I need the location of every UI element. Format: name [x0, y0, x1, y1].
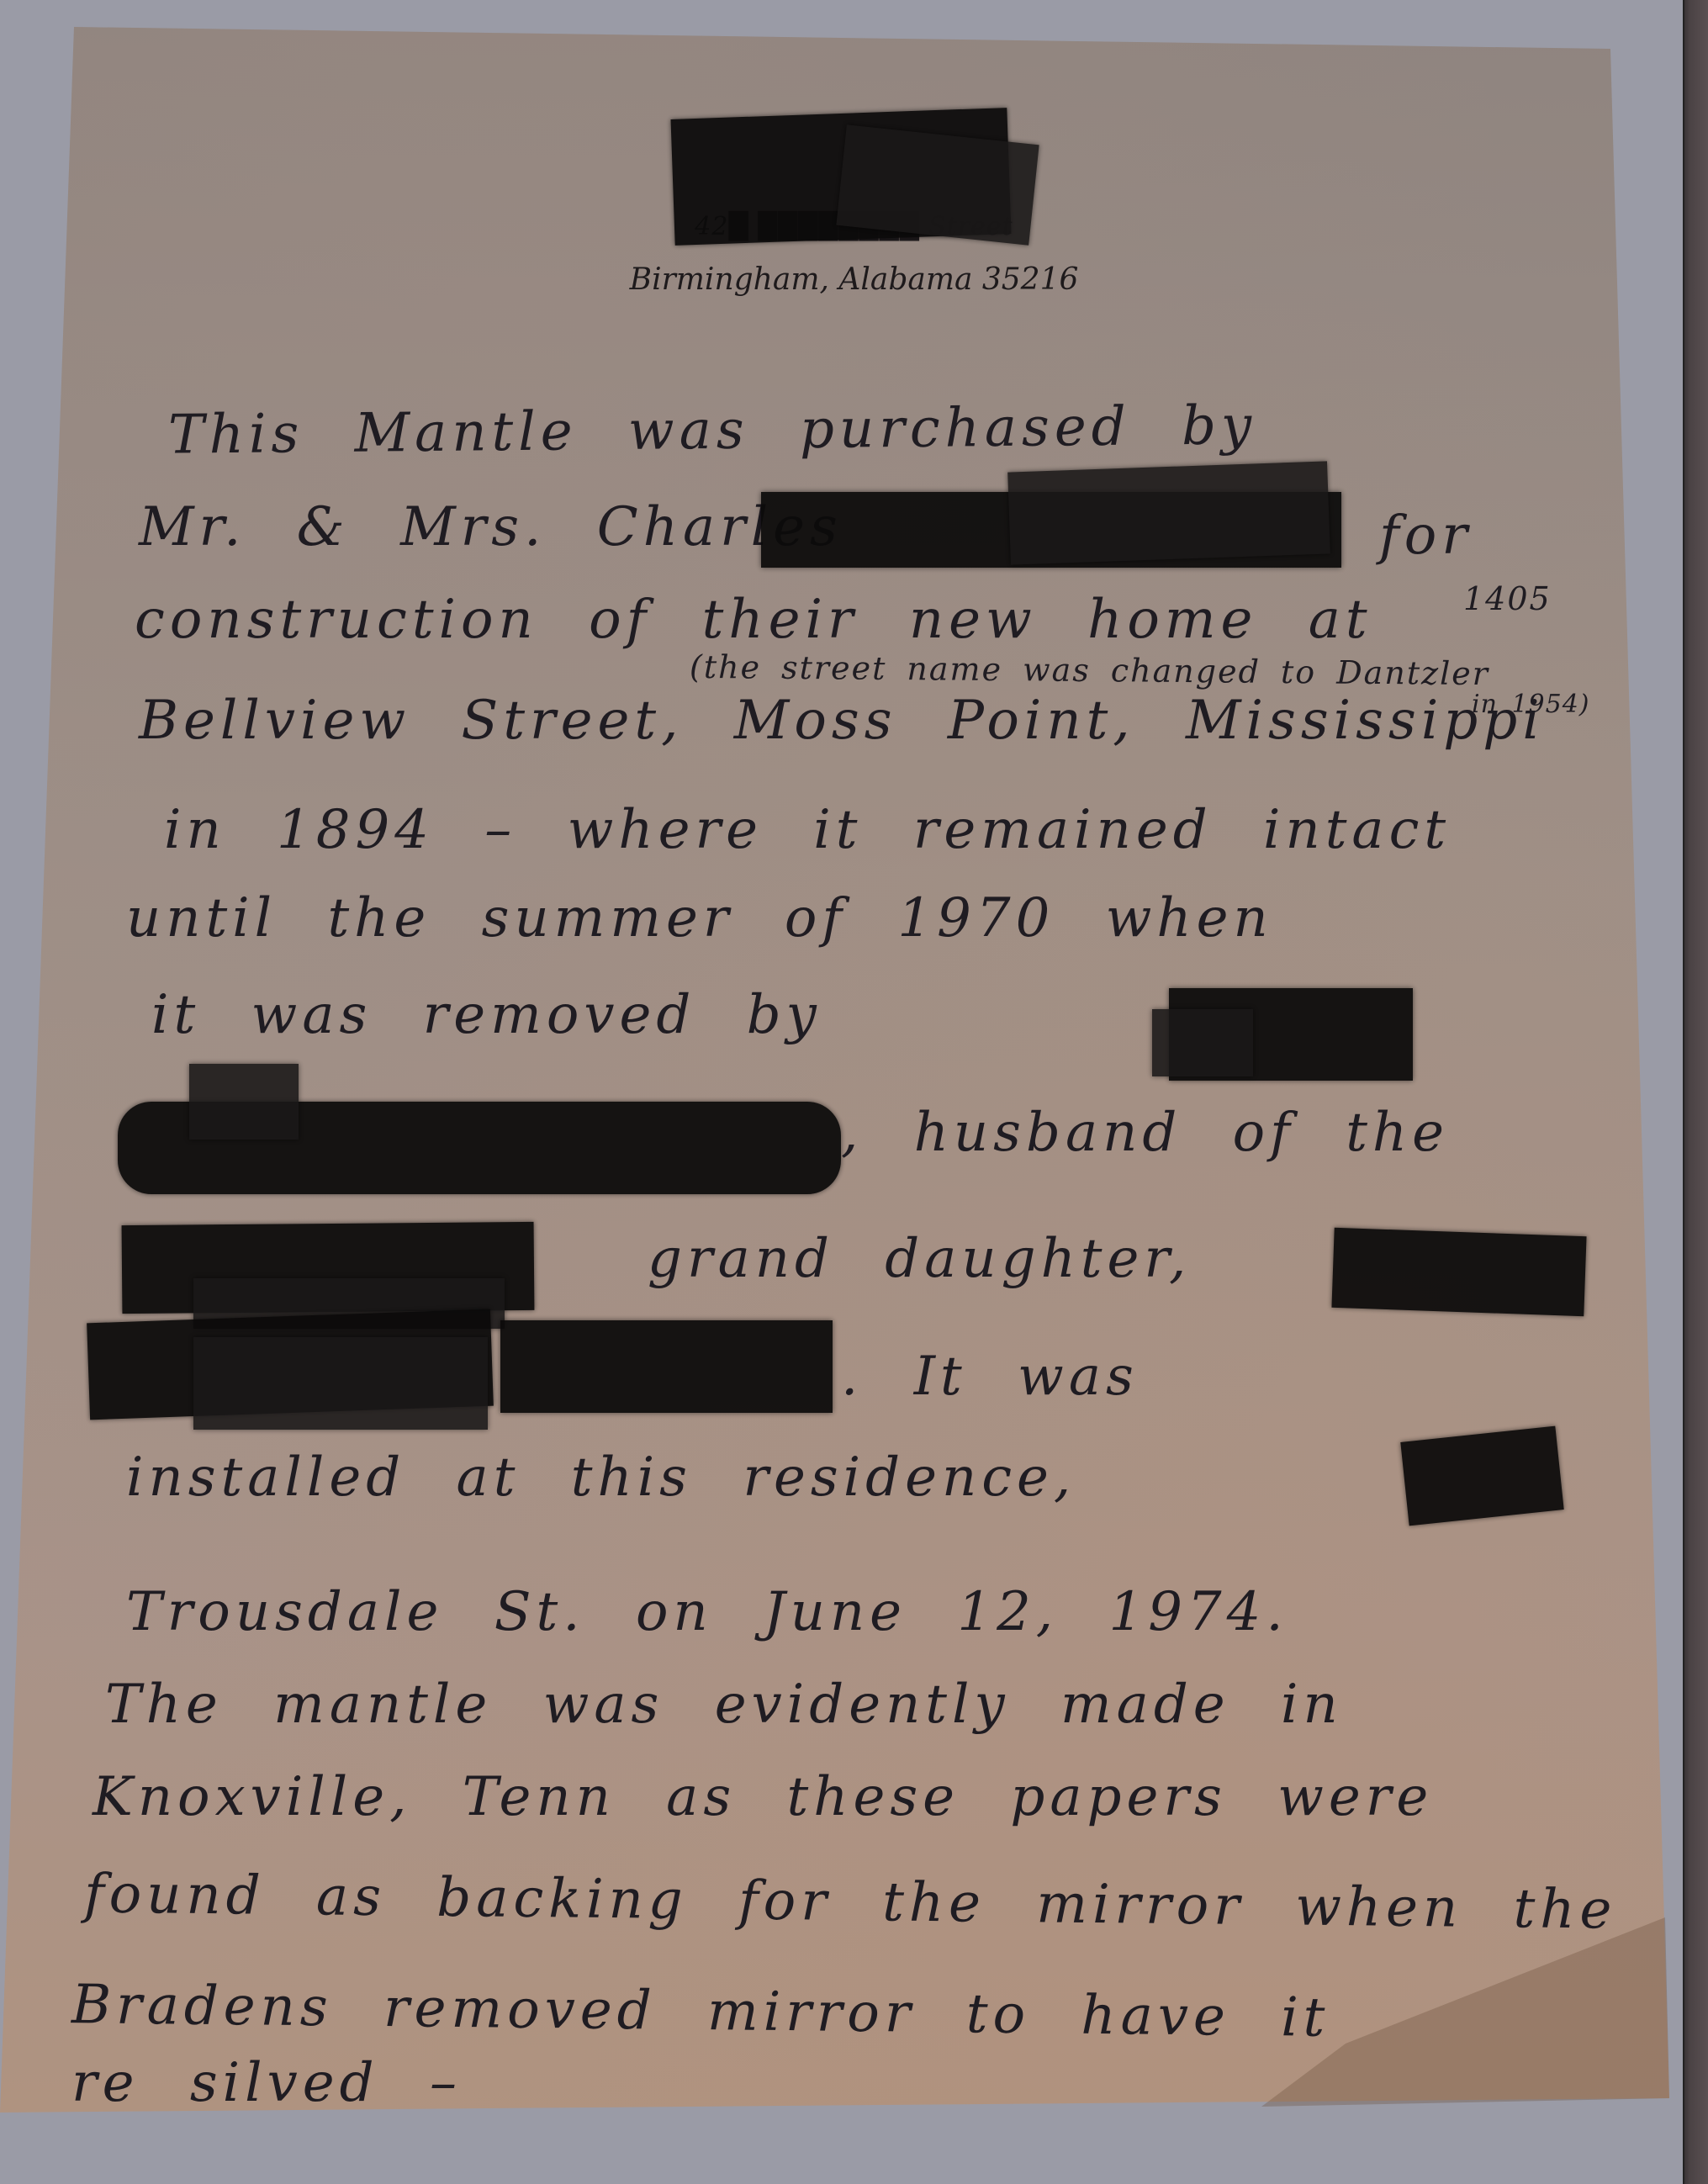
- body-line-4: Bellview Street, Moss Point, Mississippi: [139, 690, 1545, 752]
- redaction-letterhead-overlap: [836, 124, 1039, 245]
- redaction-remover-name-overlap: [1152, 1009, 1253, 1076]
- body-line-3: construction of their new home at: [135, 589, 1372, 651]
- body-line-6: until the summer of 1970 when: [126, 887, 1273, 949]
- body-line-17: re silved –: [71, 2052, 462, 2114]
- redaction-house-number: [1400, 1426, 1563, 1526]
- desk-edge-line: [1683, 0, 1684, 2184]
- body-line-5: in 1894 – where it remained intact: [164, 799, 1451, 861]
- body-line-12: Trousdale St. on June 12, 1974.: [126, 1581, 1288, 1643]
- letterhead-city: Birmingham, Alabama 35216: [0, 262, 1708, 297]
- body-line-14: Knoxville, Tenn as these papers were: [93, 1766, 1433, 1828]
- redaction-granddaughter-name: [1331, 1228, 1586, 1316]
- body-line-8: , husband of the: [841, 1102, 1449, 1164]
- redaction-purchaser-surname-overlap: [1007, 461, 1330, 564]
- body-line-16: Bradens removed mirror to have it: [71, 1974, 1330, 2049]
- redaction-granddaughter-name-cont-2: [193, 1337, 488, 1430]
- body-line-2-end: for: [1379, 505, 1473, 567]
- body-line-1: This Mantle was purchased by: [168, 394, 1257, 466]
- redaction-remover-full-name-overlap: [189, 1064, 299, 1140]
- street-name-note: (the street name was changed to Dantzler: [690, 648, 1489, 692]
- body-line-13: The mantle was evidently made in: [105, 1674, 1343, 1736]
- redaction-granddaughter-name-cont-3: [500, 1320, 833, 1413]
- body-line-9: grand daughter,: [648, 1228, 1191, 1290]
- body-line-7: it was removed by: [151, 984, 822, 1046]
- body-line-11: installed at this residence,: [126, 1446, 1076, 1509]
- desk-surface-edge: [1684, 0, 1708, 2184]
- address-number: 1405: [1463, 580, 1552, 617]
- body-line-10: . It was: [841, 1346, 1139, 1408]
- body-line-2: Mr. & Mrs. Charles: [139, 496, 843, 558]
